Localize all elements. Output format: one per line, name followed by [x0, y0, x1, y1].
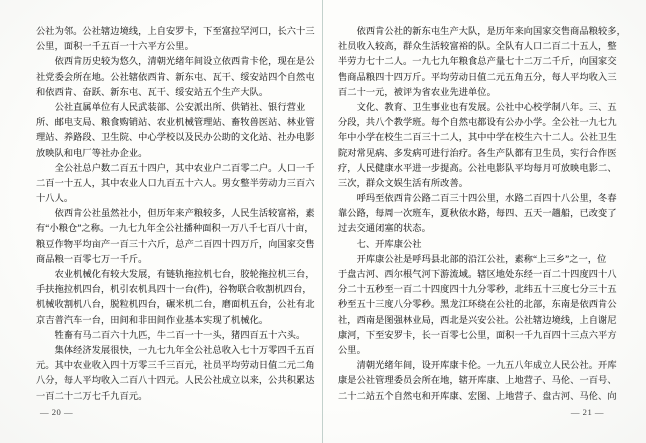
text-line: 院对常见病、多发病可进行治疗。各生产队都有卫生员，实行合作医	[338, 146, 618, 161]
text-line: 康河，下至安罗卡，长一百零七公里，面积一千九百四十三点六平方	[338, 328, 618, 343]
text-line: 三次，群众文娱生活有所改善。	[338, 176, 618, 191]
page-right-text: 依西肯公社的新东屯生产大队，是历年来向国家交售商品粮较多， 社员收入较高，群众生…	[338, 24, 618, 404]
text-line: 疗，人民健康水平进一步提高。公社电影队平均每月可放映电影二、	[338, 161, 618, 176]
text-line: 开库康公社是呼玛县北部的沿江公社，素称“上三乡”之一，位	[338, 252, 618, 267]
text-line: 十八人。	[36, 191, 316, 206]
text-line: 依西肯历史较为悠久，清朝光绪年间设立依西肯卡伦，现在是公	[36, 54, 316, 69]
text-line: 全公社总户数二百五十四户，其中农业户二百零二户。人口一千	[36, 161, 316, 176]
text-line: 过去交通闭塞的状态。	[338, 221, 618, 236]
text-line: 一百二十二万七千九百元。	[36, 389, 316, 404]
text-line: 公社直属单位有人民武装部、公安派出所、供销社、银行营业	[36, 100, 316, 115]
text-line: 社党委会所在地。公社辖依西肯、新东屯、瓦干、绥安站四个自然屯	[36, 70, 316, 85]
text-line: 呼玛至依西肯公路二百三十四公里，水路二百四十八公里，冬春	[338, 191, 618, 206]
text-line: 售商品粮四十四万斤。平均劳动日值二元五角五分，每人平均收入三	[338, 70, 618, 85]
text-line: 分段，共八个教学班。每个自然屯都设有公办小学。全公社一九七九	[338, 115, 618, 130]
text-line: 依西肯公社虽然社小，但历年来产粮较多，人民生活较富裕，素	[36, 206, 316, 221]
text-line: 百二十一元，被评为省农业先进单位。	[338, 85, 618, 100]
text-line: 农业机械化有较大发展，有链轨拖拉机七台，胶轮拖拉机三台，	[36, 267, 316, 282]
text-line: 八分，每人平均收入二百八十四元。人民公社成立以来，公共积累达	[36, 373, 316, 388]
text-line: 和依西肯、奋跃、新东屯、瓦干、绥安站五个生产大队。	[36, 85, 316, 100]
text-line: 公里。	[338, 343, 618, 358]
text-line: 七、开库康公社	[338, 237, 618, 252]
text-line: 年中小学在校生二百三十二人，其中中学在校生六十二人。公社卫生	[338, 130, 618, 145]
text-line: 所、邮电支局、粮食购销站、农业机械管理站、畜牧兽医站、林业管	[36, 115, 316, 130]
text-line: 元。其中农业收入四十万零三千三百元，社员平均劳动日值二元二角	[36, 358, 316, 373]
text-line: 公里，面积一千五百一十六平方公里。	[36, 39, 316, 54]
page-right-number: — 21 —	[338, 407, 618, 417]
book-spread: 公社为邻。公社辖边境线，上自安罗卡，下至富拉罕河口，长六十三 公里，面积一千五百…	[0, 0, 646, 443]
text-line: 集体经济发展很快，一九七九年全公社总收入七十万零四千五百	[36, 343, 316, 358]
text-line: 靠公路，每周一次班车，夏秋依水路，每四、五天一趟船，已改变了	[338, 206, 618, 221]
text-line: 理站、养路段、卫生院、中心学校以及民办公助的文化站、社办电影	[36, 130, 316, 145]
text-line: 牲畜有马二百六十九匹，牛二百一十一头，猪四百五十六头。	[36, 328, 316, 343]
text-line: 分二十五秒至一百二十四度四十九分零秒，北纬五十三度七分三十五	[338, 282, 618, 297]
text-line: 二百一十五人，其中农业人口九百五十六人。男女整半劳动力三百六	[36, 176, 316, 191]
text-line: 清朝光绪年间，设开库康卡伦。一九五八年成立人民公社。开库	[338, 358, 618, 373]
text-line: 半劳力七十二人。一九七九年粮食总产量七十二万二千斤，向国家交	[338, 54, 618, 69]
text-line: 手扶拖拉机四台，机引农机具四十一台(件)，谷物联合收割机四台，	[36, 282, 316, 297]
text-line: 有“小粮仓”之称。一九七九年全公社播种面积一万八千七百八十亩，	[36, 221, 316, 236]
page-right: 依西肯公社的新东屯生产大队，是历年来向国家交售商品粮较多， 社员收入较高，群众生…	[338, 24, 618, 417]
text-line: 京吉普汽车一台，田间和非田间作业基本实现了机械化。	[36, 313, 316, 328]
text-line: 粮豆作物平均亩产一百三十六斤，总产二百四十四万斤，向国家交售	[36, 237, 316, 252]
text-line: 放映队和电厂等社办企业。	[36, 146, 316, 161]
text-line: 公社为邻。公社辖边境线，上自安罗卡，下至富拉罕河口，长六十三	[36, 24, 316, 39]
text-line: 商品粮一百零七万一千斤。	[36, 252, 316, 267]
text-line: 秒至五十三度八分零秒。黑龙江环绕在公社的北部，东南是依西肯公	[338, 297, 618, 312]
page-left-number: — 20 —	[36, 407, 316, 417]
text-line: 康是公社管理委员会所在地，辖开库康、上地营子、马伦、一百号、	[338, 373, 618, 388]
text-line: 社员收入较高，群众生活较富裕的队。全队有人口二百二十五人，整	[338, 39, 618, 54]
page-left-text: 公社为邻。公社辖边境线，上自安罗卡，下至富拉罕河口，长六十三 公里，面积一千五百…	[36, 24, 316, 404]
text-line: 社，西南是图强林业局，西北是兴安公社。公社辖边境线，上自谢尼	[338, 313, 618, 328]
text-line: 于盘古河、西尔根气河下游流域。辖区地处东经一百二十四度四十八	[338, 267, 618, 282]
text-line: 依西肯公社的新东屯生产大队，是历年来向国家交售商品粮较多，	[338, 24, 618, 39]
page-left: 公社为邻。公社辖边境线，上自安罗卡，下至富拉罕河口，长六十三 公里，面积一千五百…	[36, 24, 316, 417]
text-line: 二十二站五个自然屯和开库康、宏图、上地营子、盘古河、马伦、向	[338, 389, 618, 404]
gutter-divider	[322, 0, 323, 443]
text-line: 文化、教育、卫生事业也有发展。公社中心校学制八年。三、五	[338, 100, 618, 115]
text-line: 机械收割机八台，脱粒机四台，碾米机二台，磨面机五台，公社有北	[36, 297, 316, 312]
